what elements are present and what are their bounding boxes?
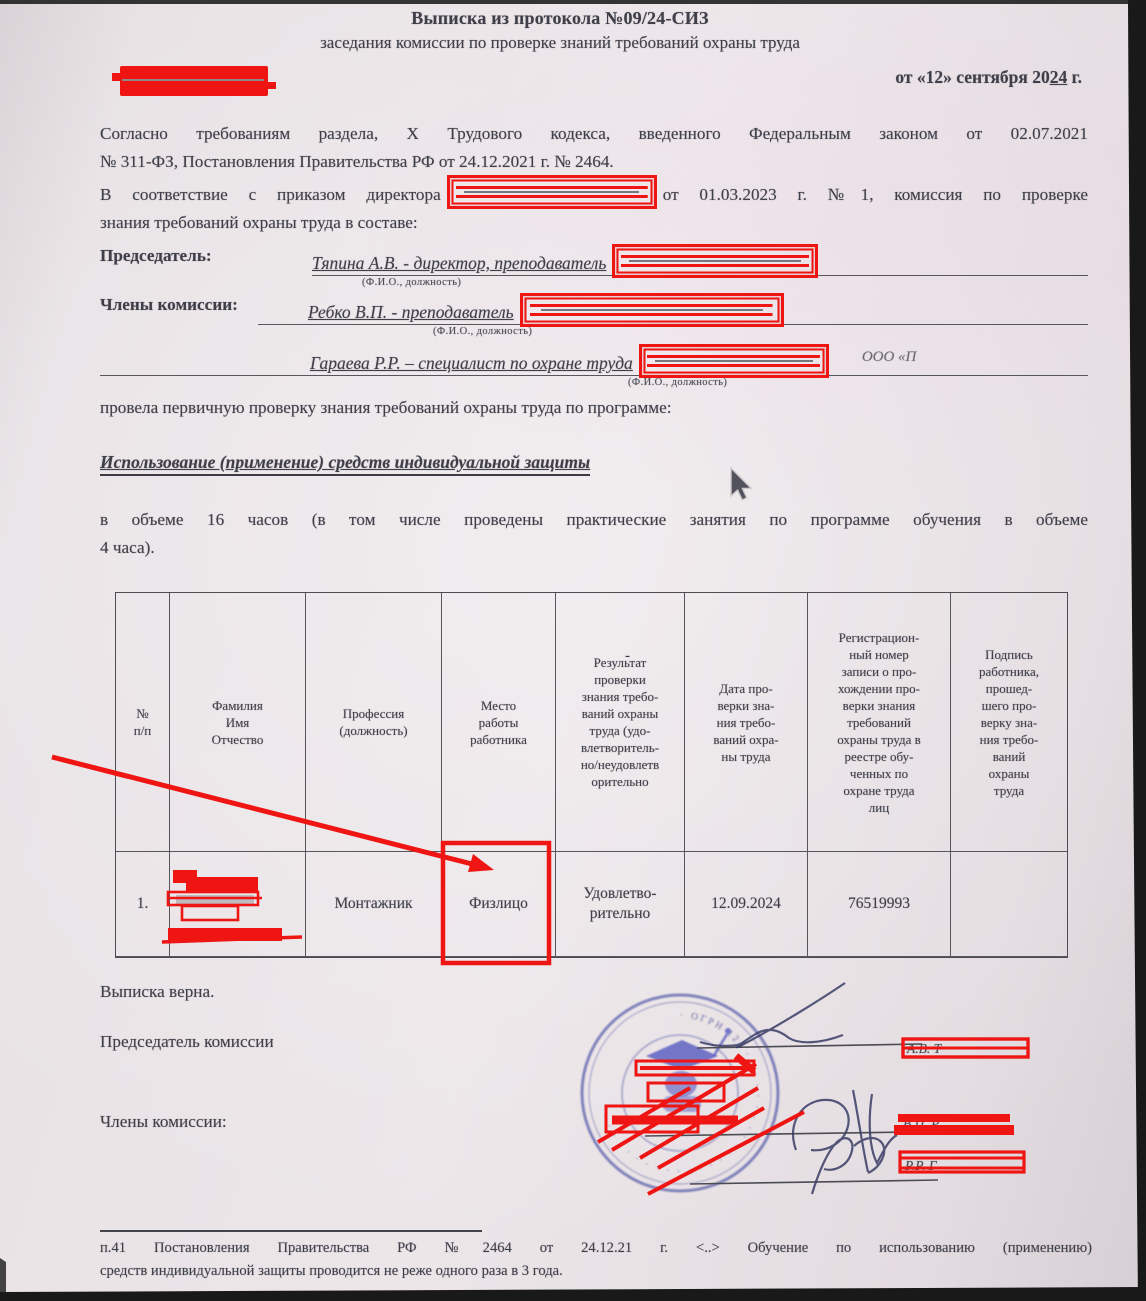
member1-name-fragment: В.П. Р [903,1116,939,1131]
commission-row-member2: Гараева Р.Р. – специалист по охране труд… [100,344,1088,390]
chairman-signature-label: Председатель комиссии [100,1032,274,1052]
training-program-title: Использование (применение) средств индив… [100,452,590,476]
signature-member1 [793,1090,897,1172]
paragraph2-after-redaction: от 01.03.2023 г. №1, комиссия по проверк… [663,185,1088,204]
members-row-label: Члены комиссии: [100,295,238,315]
stray-dash-mark: - [625,648,630,665]
fio-caption: (Ф.И.О., должность) [418,377,727,388]
row-cell-workplace: Физлицо [442,852,556,957]
extract-valid-text: Выписка верна. [100,982,214,1002]
conducted-check-text: провела первичную проверку знания требов… [100,398,672,418]
fio-caption: (Ф.И.О., должность) [362,277,461,288]
fio-caption: (Ф.И.О., должность) [383,326,532,337]
footnote-line1: п.41 Постановления Правительства РФ №246… [100,1237,1092,1260]
chairman-name-fragment: А.В. Т [906,1041,943,1056]
member2-row-value-line: Гараева Р.Р. – специалист по охране труд… [100,344,1088,376]
member1-row-value-line: Ребко В.П. - преподаватель (Ф.И.О., долж… [258,293,1088,325]
col-header-check-date: Дата про- верки зна- ния требо- ваний ох… [685,593,808,852]
paragraph2-line2: знания требований охраны труда в составе… [100,209,1088,237]
results-table-grid: № п/п Фамилия Имя Отчество Профессия (до… [116,593,1067,957]
chairman-row-value-line: Тяпина А.В. - директор, преподаватель (Ф… [312,244,1088,276]
members-signature-label: Члены комиссии: [100,1112,227,1132]
mouse-cursor-icon [731,468,751,500]
stamp-ring-text: · ОГРН 124 · · · · · · · · · · · · · · ·… [600,1011,762,1175]
col-header-profession: Профессия (должность) [306,593,442,852]
ooo-visible-fragment: ООО «П [652,349,917,366]
row-cell-registry-number: 76519993 [808,852,951,957]
footnote-rule [100,1230,482,1232]
paragraph2-before-redaction: В соответствие с приказом директора [100,185,441,204]
volume-line2: 4 часа). [100,534,1088,562]
paragraph1-line2: № 311-ФЗ, Постановления Правительства РФ… [100,148,1088,176]
signature-name-redactions [894,1039,1028,1172]
date-underlined-part: 24 [1050,67,1068,87]
commission-row-member1: Члены комиссии: Ребко В.П. - преподавате… [100,293,1088,339]
signature-lines [645,1044,938,1184]
member2-name-fragment: Р.Р. Г [904,1158,938,1173]
training-volume-text: в объеме 16 часов (в том числе проведены… [100,506,1088,561]
redaction-box-chairman-company [612,244,818,278]
col-header-registry-number: Регистрацион- ный номер записи о про- хо… [808,593,951,852]
round-stamp: · ОГРН 124 · · · · · · · · · · · · · · ·… [582,995,778,1191]
redaction-box-member2-company: ООО «П [639,344,829,378]
volume-line1: в объеме 16 часов (в том числе проведены… [100,506,1088,534]
svg-text:· ОГРН 124 · · · · · · · · · ·: · ОГРН 124 · · · · · · · · · · · · · · ·… [600,1011,762,1175]
row-cell-signature-empty [951,852,1067,957]
results-table: № п/п Фамилия Имя Отчество Профессия (до… [115,592,1068,958]
redaction-box-member1-company [520,293,784,327]
col-header-result: Результат проверки знания требо- ваний о… [556,593,685,852]
row-cell-profession: Монтажник [306,852,442,957]
footnote-line2: средств индивидуальной защиты проводится… [100,1260,1092,1283]
protocol-date: от «12» сентября 2024 г. [895,67,1082,88]
commission-row-chairman: Председатель: Тяпина А.В. - директор, пр… [100,244,1088,290]
paragraph2-line1: В соответствие с приказом директораот 01… [100,175,1088,209]
chairman-name-position: Тяпина А.В. - директор, преподаватель [312,253,606,273]
redaction-box-director-company [447,175,657,209]
col-header-number: № п/п [116,593,170,852]
row-cell-number: 1. [116,852,170,957]
redaction-gap-line [122,79,264,81]
stamp-redaction-scribbles [598,1056,804,1194]
document-title: Выписка из протокола №09/24-СИЗ [0,8,1120,29]
chairman-row-label: Председатель: [100,246,212,266]
intro-paragraphs: Согласно требованиям раздела, X Трудовог… [100,120,1088,237]
col-header-signature: Подпись работника, прошед- шего про- вер… [951,593,1067,852]
redaction-bar-top-left [120,66,268,96]
scanned-document-page: Выписка из протокола №09/24-СИЗ заседани… [0,0,1146,1301]
row-cell-fio-redacted [170,852,306,957]
col-header-fio: Фамилия Имя Отчество [170,593,306,852]
footnote: п.41 Постановления Правительства РФ №246… [100,1230,1092,1283]
row-cell-result: Удовлетво- рительно [556,852,685,957]
row-cell-check-date: 12.09.2024 [685,852,808,957]
date-suffix: г. [1067,67,1082,87]
signature-member2 [812,1138,884,1194]
handwritten-signatures [700,983,897,1194]
member2-name-position: Гараева Р.Р. – специалист по охране труд… [310,353,633,373]
graduation-cap-emblem [646,1040,718,1112]
document-subtitle: заседания комиссии по проверке знаний тр… [0,33,1120,53]
member1-name-position: Ребко В.П. - преподаватель [308,302,514,322]
date-prefix: от «12» сентября 20 [895,67,1049,87]
paragraph1-line1: Согласно требованиям раздела, X Трудовог… [100,120,1088,148]
signature-chairman [737,983,845,1047]
col-header-workplace: Место работы работника [442,593,556,852]
